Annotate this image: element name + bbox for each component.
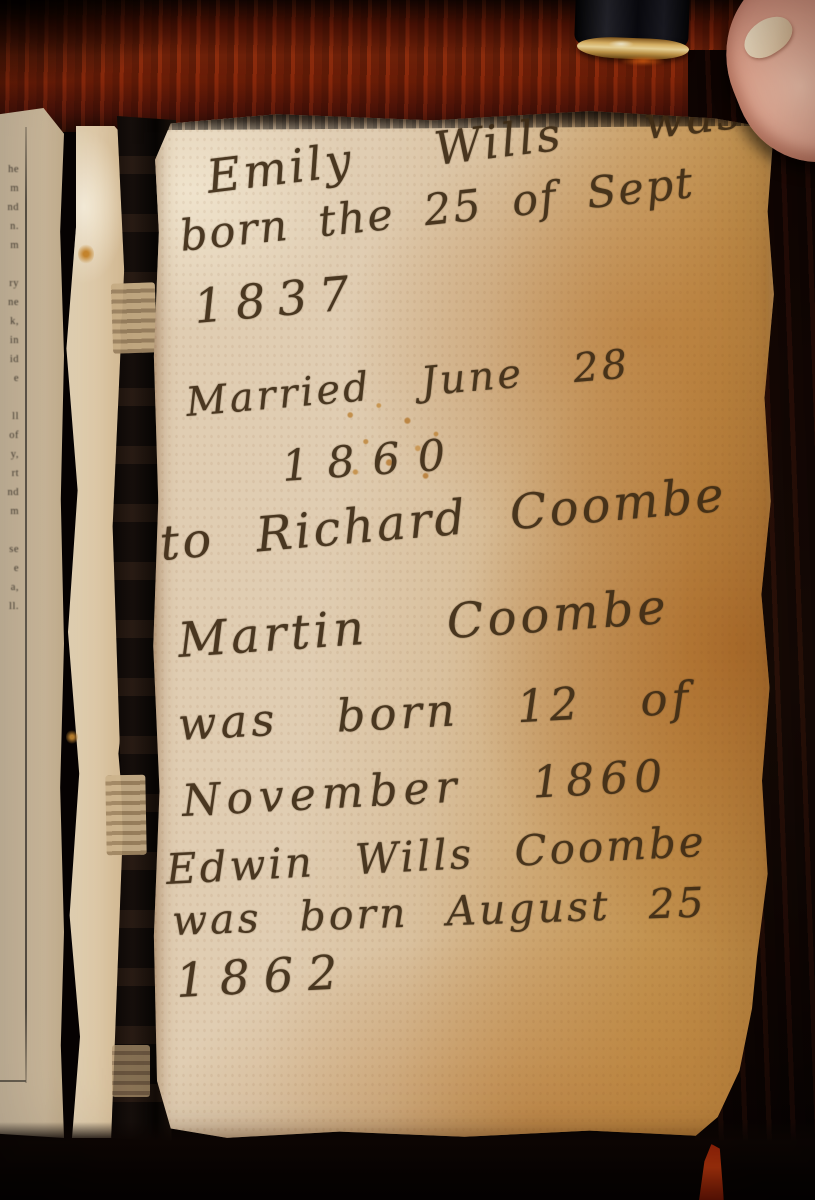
stain-spot bbox=[66, 730, 78, 744]
pen-highlight bbox=[608, 40, 634, 48]
printed-text-fragment: rt bbox=[0, 464, 19, 483]
printed-text-fragment: ll bbox=[0, 407, 19, 426]
printed-text-fragment: nd bbox=[0, 483, 19, 502]
binding-tape bbox=[105, 775, 146, 856]
printed-text-fragment: m bbox=[0, 179, 19, 198]
printed-text-fragment: e bbox=[0, 369, 19, 388]
printed-text-column: he m nd n. m ry ne k, in id e ll of y, r… bbox=[0, 160, 19, 616]
stain-spot bbox=[78, 244, 94, 264]
printed-text-fragment bbox=[0, 255, 19, 274]
printed-text-fragment: in bbox=[0, 331, 19, 350]
printed-text-fragment: id bbox=[0, 350, 19, 369]
printed-text-fragment: ry bbox=[0, 274, 19, 293]
handwriting-line-8: was born 12 of bbox=[177, 671, 694, 751]
printed-text-fragment: k, bbox=[0, 312, 19, 331]
printed-text-fragment: ll. bbox=[0, 597, 19, 616]
handwriting-line-7: Martin Coombe bbox=[176, 579, 671, 669]
printed-page-border-rule bbox=[25, 127, 27, 1083]
printed-text-fragment: a, bbox=[0, 578, 19, 597]
printed-text-fragment: se bbox=[0, 540, 19, 559]
handwriting-line-9: November 1860 bbox=[181, 751, 670, 827]
printed-text-fragment: e bbox=[0, 559, 19, 578]
binding-tape bbox=[111, 282, 157, 353]
handwriting-line-3: 1837 bbox=[192, 265, 364, 334]
printed-text-fragment: y, bbox=[0, 445, 19, 464]
endpaper-page: Emily Wills was born the 25 of Sept 1837… bbox=[152, 108, 777, 1143]
printed-text-fragment bbox=[0, 388, 19, 407]
printed-text-fragment: nd bbox=[0, 198, 19, 217]
printed-text-fragment: he bbox=[0, 160, 19, 179]
binding-tape bbox=[112, 1045, 150, 1097]
printed-text-fragment: ne bbox=[0, 293, 19, 312]
printed-text-fragment bbox=[0, 521, 19, 540]
pen-reflection bbox=[620, 56, 666, 66]
printed-text-fragment: m bbox=[0, 502, 19, 521]
photo-scene: he m nd n. m ry ne k, in id e ll of y, r… bbox=[0, 0, 815, 1200]
printed-page-border-corner bbox=[0, 1080, 26, 1082]
printed-text-fragment: m bbox=[0, 236, 19, 255]
printed-text-fragment: n. bbox=[0, 217, 19, 236]
printed-text-fragment: of bbox=[0, 426, 19, 445]
handwriting-line-12: 1862 bbox=[175, 945, 353, 1009]
